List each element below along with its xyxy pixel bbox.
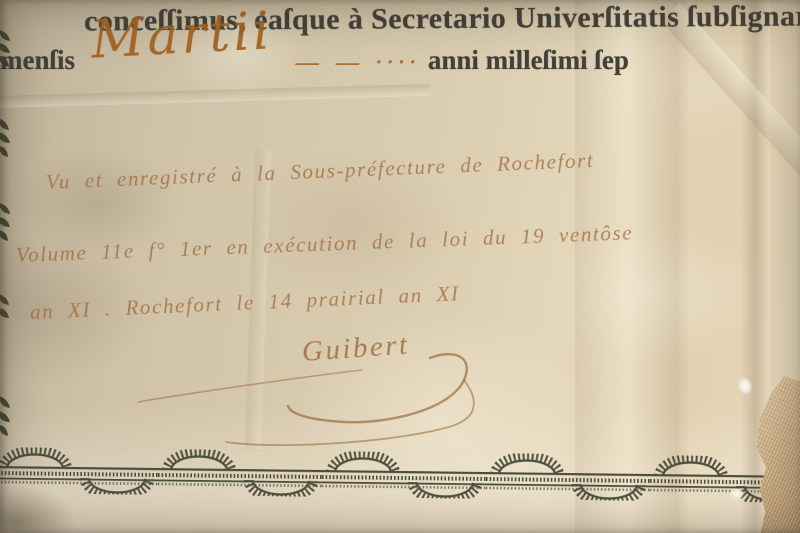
manuscript-registration-line2: Volume 11e f° 1er en exécution de la loi… [16,220,634,268]
printed-mensis: menſis [0,45,75,75]
handwritten-month: Martii [90,1,274,70]
ink-dashes: — — ···· [294,48,420,78]
vertical-fold-highlight [575,0,690,533]
laurel-leaf-icon [0,394,15,444]
manuscript-registration-line1: Vu et enregistré à la Sous-préfecture de… [45,148,594,195]
laurel-leaf-icon [0,116,15,162]
manuscript-registration-line3: an XI . Rochefort le 14 prairial an XI [29,281,460,325]
silk-ribbon [756,376,800,533]
parchment-document-photo: conceſſimus, eaſque à Secretario Univerſ… [0,0,800,533]
signature-flourish-icon [130,330,510,460]
printed-anni: anni milleſimi ſep [428,45,629,75]
ribbon-fray-white [729,488,744,500]
laurel-leaf-icon [0,290,15,336]
engraved-border-band [0,447,800,503]
ribbon-fray-white [735,375,754,397]
laurel-leaf-icon [0,200,15,246]
horizontal-crease [0,84,430,108]
